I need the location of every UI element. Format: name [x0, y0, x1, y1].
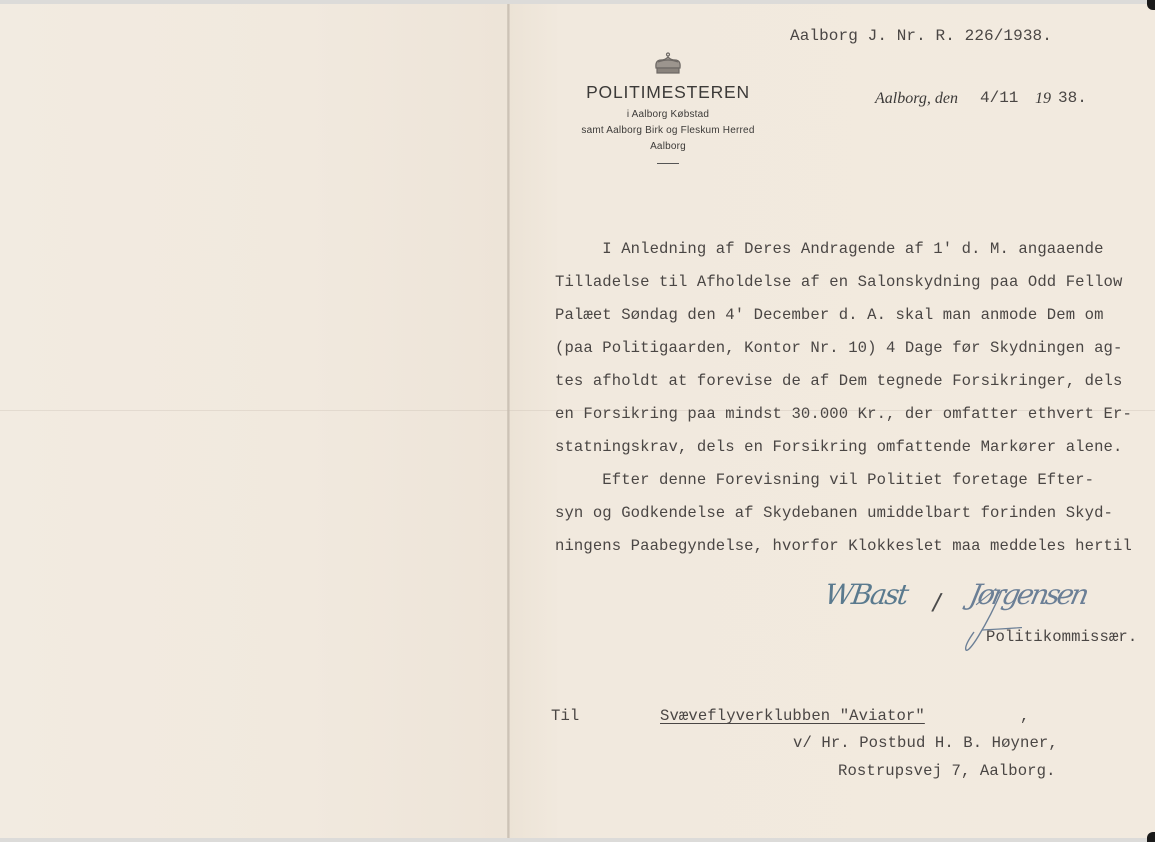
recipient-care-of: v/ Hr. Postbud H. B. Høyner, [793, 734, 1058, 752]
body-line: tes afholdt at forevise de af Dem tegned… [555, 372, 1122, 390]
recipient-name-comma: , [1020, 707, 1029, 725]
date-century: 19 [1035, 90, 1051, 108]
body-line: syn og Godkendelse af Skydebanen umiddel… [555, 504, 1113, 522]
body-line: Efter denne Forevisning vil Politiet for… [555, 471, 1094, 489]
date-label: Aalborg, den [875, 90, 958, 108]
date-day-month: 4/11 [980, 89, 1018, 107]
handwritten-initials: WBast [823, 578, 909, 611]
recipient-name: Svæveflyverklubben "Aviator" [660, 707, 925, 725]
recipient-label: Til [551, 707, 579, 725]
letterhead-title: POLITIMESTEREN [548, 82, 788, 103]
date-year: 38. [1058, 89, 1087, 107]
letterhead-line: Aalborg [548, 139, 788, 155]
letterhead: POLITIMESTEREN i Aalborg Købstad samt Aa… [548, 52, 788, 164]
body-line: statningskrav, dels en Forsikring omfatt… [555, 438, 1122, 456]
scan-bottom-border [0, 838, 1155, 842]
signatory-title: Politikommissær. [986, 628, 1137, 646]
corner-mark [1147, 0, 1155, 10]
body-line: ningens Paabegyndelse, hvorfor Klokkesle… [555, 537, 1132, 555]
recipient-address: Rostrupsvej 7, Aalborg. [838, 762, 1056, 780]
letterhead-line: samt Aalborg Birk og Fleskum Herred [548, 123, 788, 139]
body-line: Palæet Søndag den 4' December d. A. skal… [555, 306, 1104, 324]
letterhead-rule [657, 163, 679, 164]
body-line: en Forsikring paa mindst 30.000 Kr., der… [555, 405, 1132, 423]
body-line: (paa Politigaarden, Kontor Nr. 10) 4 Dag… [555, 339, 1122, 357]
blank-left-page [0, 4, 508, 838]
corner-mark [1147, 832, 1155, 842]
body-line: Tilladelse til Afholdelse af en Salonsky… [555, 273, 1122, 291]
letterhead-line: i Aalborg Købstad [548, 107, 788, 123]
journal-reference: Aalborg J. Nr. R. 226/1938. [790, 27, 1052, 45]
page-fold [507, 4, 510, 838]
crown-icon [652, 52, 684, 76]
body-line: I Anledning af Deres Andragende af 1' d.… [555, 240, 1104, 258]
